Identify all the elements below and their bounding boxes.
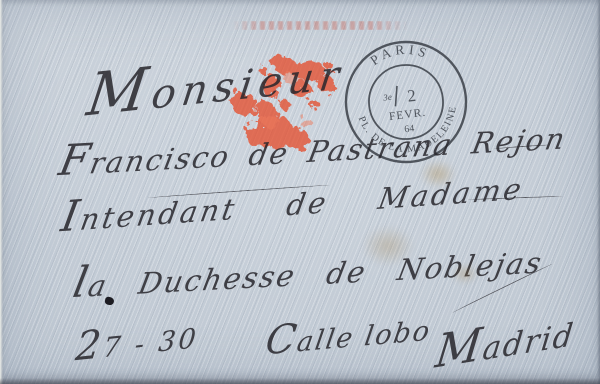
paper-stain xyxy=(362,226,414,266)
envelope-photo: PARIS PL. DE LA MADELEINE 3e 2 FEVR. 64 … xyxy=(0,0,600,384)
paper-stain xyxy=(452,264,478,284)
postmark-city-text: PARIS xyxy=(366,38,433,69)
svg-text:PARIS: PARIS xyxy=(366,38,433,69)
faint-red-marking xyxy=(233,21,408,30)
paper-stain xyxy=(420,160,456,188)
envelope-left-edge xyxy=(0,0,3,384)
envelope-bottom-edge xyxy=(0,378,600,384)
postmark-day: 2 xyxy=(406,86,417,106)
postmark-collection: 3e xyxy=(382,92,393,103)
